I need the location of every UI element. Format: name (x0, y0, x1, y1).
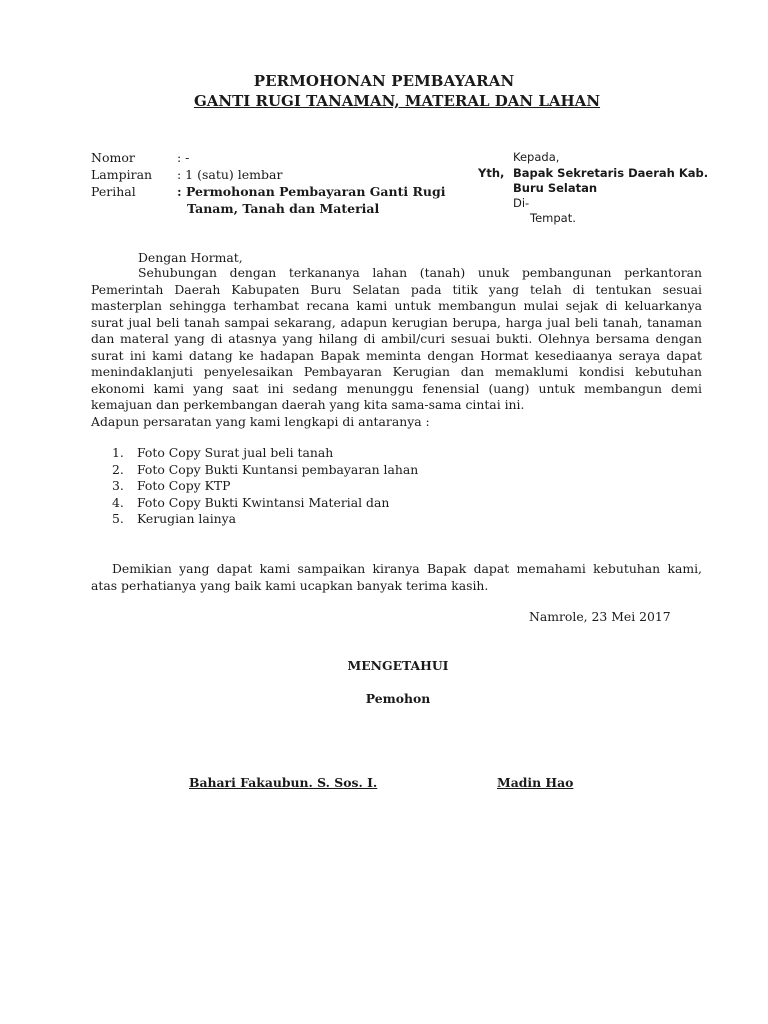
lampiran-label: Lampiran (91, 166, 152, 183)
lampiran-value: : 1 (satu) lembar (177, 166, 282, 183)
nomor-value: : - (177, 149, 189, 166)
paragraph-line: Sehubungan dengan terkananya lahan (tana… (91, 265, 702, 282)
paragraph-line: ekonomi kami yang saat ini sedang menung… (91, 381, 702, 398)
tempat-text: Tempat. (530, 210, 576, 226)
paragraph-line: menindaklanjuti penyelesaikan Pembayaran… (91, 364, 702, 381)
di-text: Di- (513, 195, 529, 211)
signatory-right: Madin Hao (497, 775, 573, 790)
requirements-list: 1. Foto Copy Surat jual beli tanah 2. Fo… (112, 445, 418, 528)
list-item: 1. Foto Copy Surat jual beli tanah (112, 445, 418, 462)
yth-text: Yth, (478, 165, 504, 181)
paragraph-line: Pemerintah Daerah Kabupaten Buru Selatan… (91, 282, 702, 299)
main-paragraph: Sehubungan dengan terkananya lahan (tana… (91, 265, 702, 430)
addressee-line2: Buru Selatan (513, 180, 597, 196)
list-item: 4. Foto Copy Bukti Kwintansi Material da… (112, 495, 418, 512)
document-subtitle: GANTI RUGI TANAMAN, MATERAL DAN LAHAN (0, 92, 768, 110)
paragraph-line: masterplan sehingga terhambat recana kam… (91, 298, 702, 315)
kepada-text: Kepada, (513, 149, 559, 165)
nomor-label: Nomor (91, 149, 135, 166)
paragraph-line: kemajuan dan perkembangan daerah yang ki… (91, 397, 702, 414)
perihal-label: Perihal (91, 183, 136, 200)
perihal-value-line1: : Permohonan Pembayaran Ganti Rugi (177, 183, 445, 200)
document-title: PERMOHONAN PEMBAYARAN (0, 72, 768, 90)
closing-line: atas perhatianya yang baik kami ucapkan … (91, 578, 702, 595)
place-date: Namrole, 23 Mei 2017 (529, 609, 671, 624)
closing-line: Demikian yang dapat kami sampaikan kiran… (91, 561, 702, 578)
paragraph-line: surat jual beli tanah sampai sekarang, a… (91, 315, 702, 332)
mengetahui-label: MENGETAHUI (300, 658, 496, 673)
list-item: 3. Foto Copy KTP (112, 478, 418, 495)
addressee-line1: Bapak Sekretaris Daerah Kab. (513, 165, 708, 181)
closing-paragraph: Demikian yang dapat kami sampaikan kiran… (91, 561, 702, 594)
list-item: 2. Foto Copy Bukti Kuntansi pembayaran l… (112, 462, 418, 479)
salutation: Dengan Hormat, (138, 250, 243, 265)
paragraph-line: dan materal yang di atasnya yang hilang … (91, 331, 702, 348)
list-item: 5. Kerugian lainya (112, 511, 418, 528)
pemohon-label: Pemohon (300, 691, 496, 706)
perihal-value-line2: Tanam, Tanah dan Material (187, 200, 379, 217)
signatory-left: Bahari Fakaubun. S. Sos. I. (189, 775, 377, 790)
paragraph-line: surat ini kami datang ke hadapan Bapak m… (91, 348, 702, 365)
requirements-intro: Adapun persaratan yang kami lengkapi di … (91, 414, 702, 431)
